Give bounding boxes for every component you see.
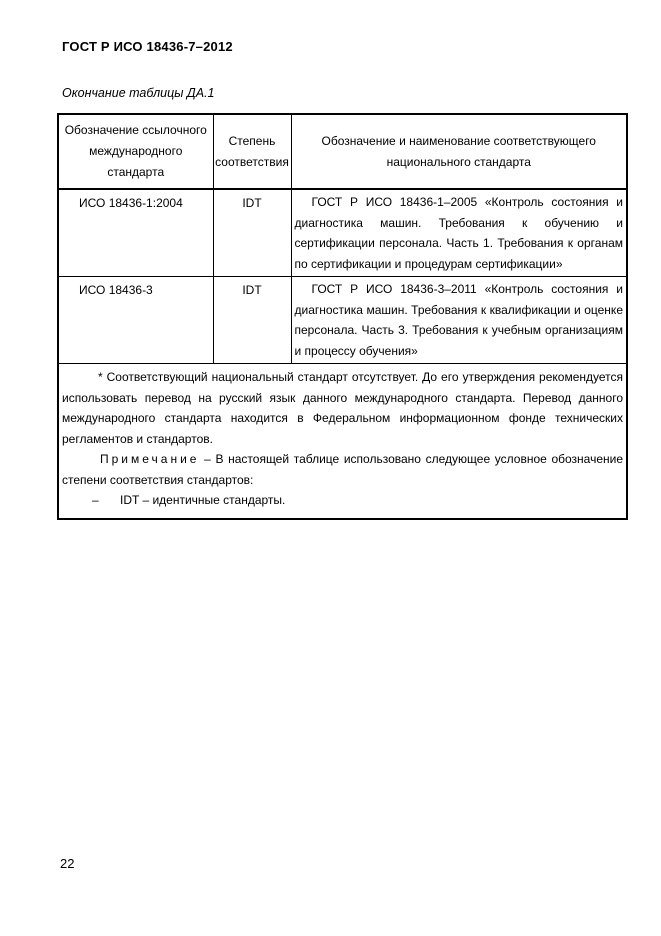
note-list-item: –IDT – идентичные стандарты. xyxy=(62,490,623,511)
column-header-degree: Степень соответствия xyxy=(213,114,291,189)
table-caption: Окончание таблицы ДА.1 xyxy=(62,86,215,100)
national-standard-cell: ГОСТ Р ИСО 18436-3–2011 «Контроль состоя… xyxy=(291,277,627,364)
table-footer-row: * Соответствующий национальный стандарт … xyxy=(58,364,627,519)
note-label: Примечание xyxy=(100,452,199,466)
standards-comparison-table: Обозначение ссылочного международного ст… xyxy=(57,113,628,520)
note-list-item-text: IDT – идентичные стандарты. xyxy=(120,493,285,507)
reference-standard-cell: ИСО 18436-1:2004 xyxy=(58,189,213,277)
column-header-national-standard: Обозначение и наименование соответствующ… xyxy=(291,114,627,189)
degree-cell: IDT xyxy=(213,277,291,364)
list-item-dash: – xyxy=(92,490,120,511)
national-standard-cell: ГОСТ Р ИСО 18436-1–2005 «Контроль состоя… xyxy=(291,189,627,277)
table-row: ИСО 18436-3 IDT ГОСТ Р ИСО 18436-3–2011 … xyxy=(58,277,627,364)
reference-standard-cell: ИСО 18436-3 xyxy=(58,277,213,364)
table-note: Примечание – В настоящей таблице использ… xyxy=(62,449,623,490)
degree-cell: IDT xyxy=(213,189,291,277)
table-header-row: Обозначение ссылочного международного ст… xyxy=(58,114,627,189)
table-footer-cell: * Соответствующий национальный стандарт … xyxy=(58,364,627,519)
page-number: 22 xyxy=(60,856,74,871)
document-page: ГОСТ Р ИСО 18436-7–2012 Окончание таблиц… xyxy=(0,0,661,936)
table-footnote: * Соответствующий национальный стандарт … xyxy=(62,367,623,449)
column-header-reference-standard: Обозначение ссылочного международного ст… xyxy=(58,114,213,189)
table-row: ИСО 18436-1:2004 IDT ГОСТ Р ИСО 18436-1–… xyxy=(58,189,627,277)
document-header: ГОСТ Р ИСО 18436-7–2012 xyxy=(62,39,233,54)
